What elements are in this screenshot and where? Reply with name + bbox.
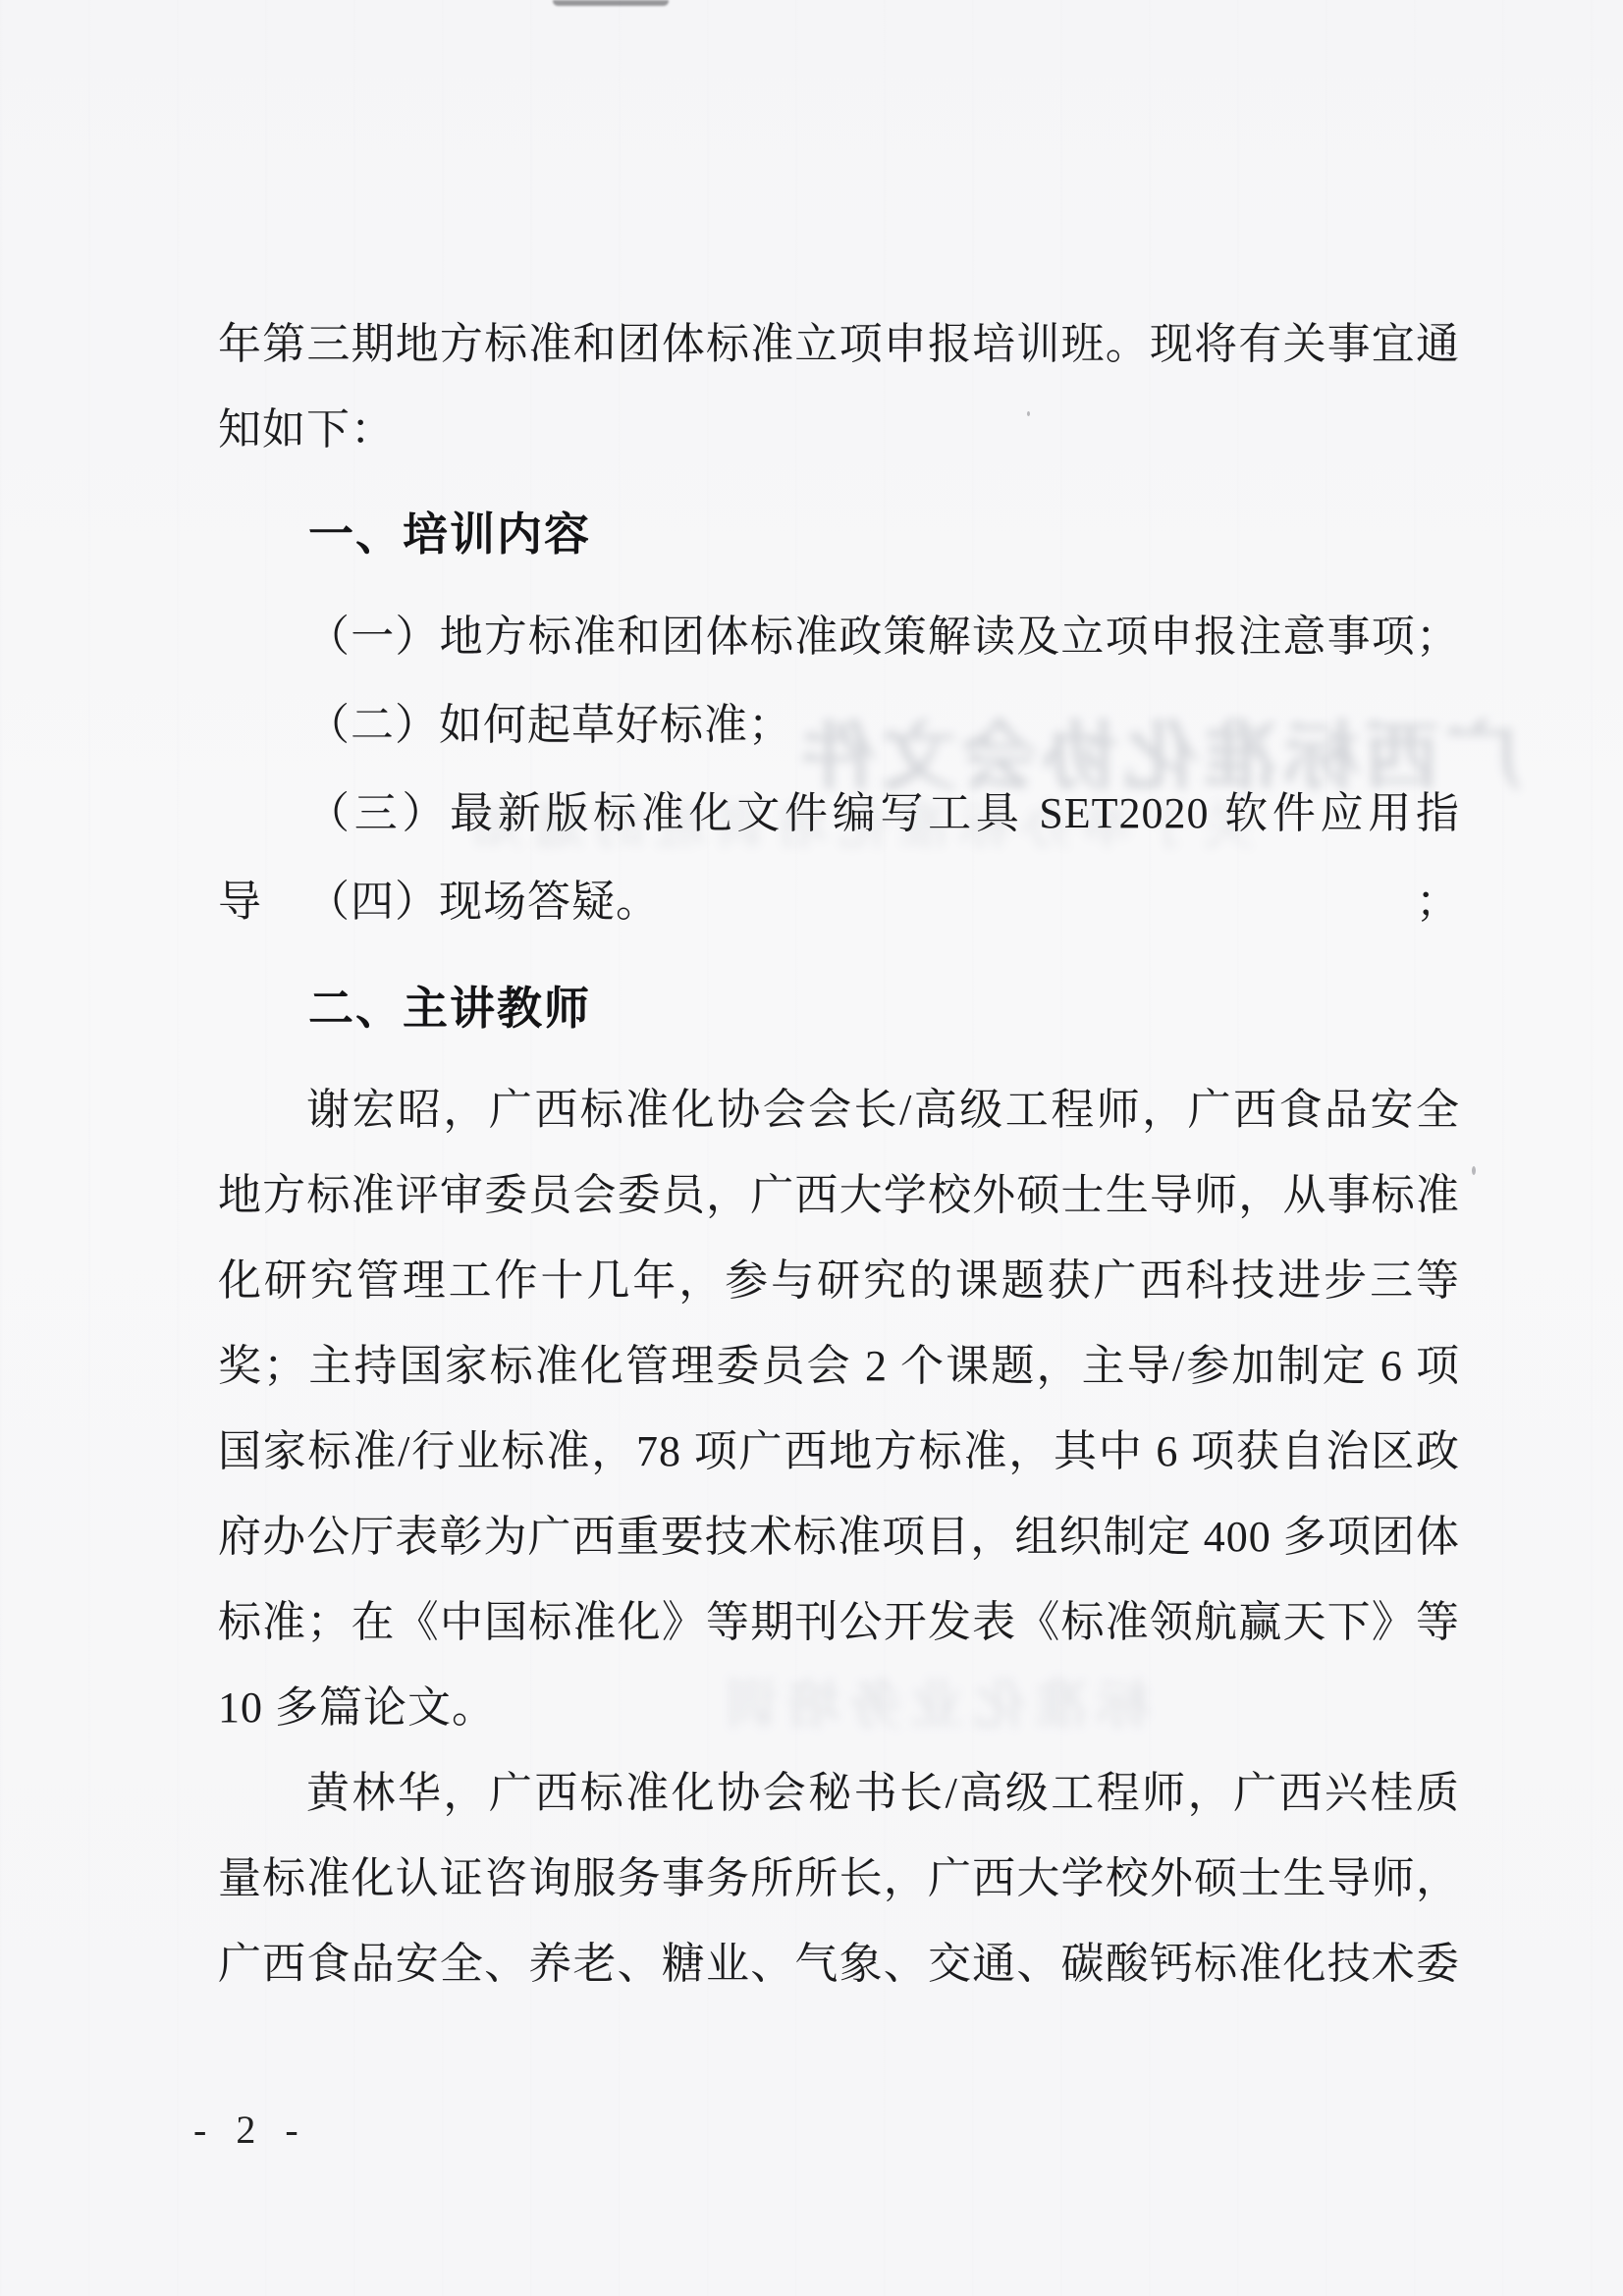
paragraph-line: 地方标准评审委员会委员，广西大学校外硕士生导师，从事标准	[218, 1152, 1460, 1238]
section-heading-training-content: 一、培训内容	[218, 492, 1460, 577]
list-item-3: （三）最新版标准化文件编写工具 SET2020 软件应用指导；	[218, 770, 1460, 858]
paragraph-line: 标准；在《中国标准化》等期刊公开发表《标准领航赢天下》等	[218, 1579, 1460, 1665]
paragraph-line: 府办公厅表彰为广西重要技术标准项目，组织制定 400 多项团体	[218, 1494, 1460, 1579]
document-body: 年第三期地方标准和团体标准立项申报培训班。现将有关事宜通 知如下： 一、培训内容…	[218, 301, 1460, 2006]
paragraph-line: 量标准化认证咨询服务事务所所长，广西大学校外硕士生导师，	[218, 1836, 1460, 1921]
paragraph-line: 10 多篇论文。	[218, 1665, 1460, 1750]
intro-line: 知如下：	[218, 387, 1460, 472]
paragraph-line: 谢宏昭，广西标准化协会会长/高级工程师，广西食品安全	[218, 1067, 1460, 1152]
paragraph-line: 国家标准/行业标准，78 项广西地方标准，其中 6 项获自治区政	[218, 1409, 1460, 1494]
paragraph-line: 广西食品安全、养老、糖业、气象、交通、碳酸钙标准化技术委	[218, 1921, 1460, 2006]
section-heading-lecturers: 二、主讲教师	[218, 966, 1460, 1051]
list-item-2: （二）如何起草好标准；	[218, 681, 1460, 770]
paragraph-line: 化研究管理工作十几年，参与研究的课题获广西科技进步三等	[218, 1238, 1460, 1323]
page-number: - 2 -	[193, 2101, 308, 2160]
paragraph-line: 黄林华，广西标准化协会秘书长/高级工程师，广西兴桂质	[218, 1750, 1460, 1836]
intro-line: 年第三期地方标准和团体标准立项申报培训班。现将有关事宜通	[218, 301, 1460, 387]
paragraph-line: 奖；主持国家标准化管理委员会 2 个课题，主导/参加制定 6 项	[218, 1323, 1460, 1409]
scan-edge-smudge	[553, 0, 669, 6]
list-item-1: （一）地方标准和团体标准政策解读及立项申报注意事项；	[218, 593, 1460, 681]
scan-speck	[1472, 1166, 1476, 1175]
scanned-document-page: 广西标准化协会文件 关于举办标准化培训班的通知 标准化业务培训 年第三期地方标准…	[0, 0, 1623, 2296]
